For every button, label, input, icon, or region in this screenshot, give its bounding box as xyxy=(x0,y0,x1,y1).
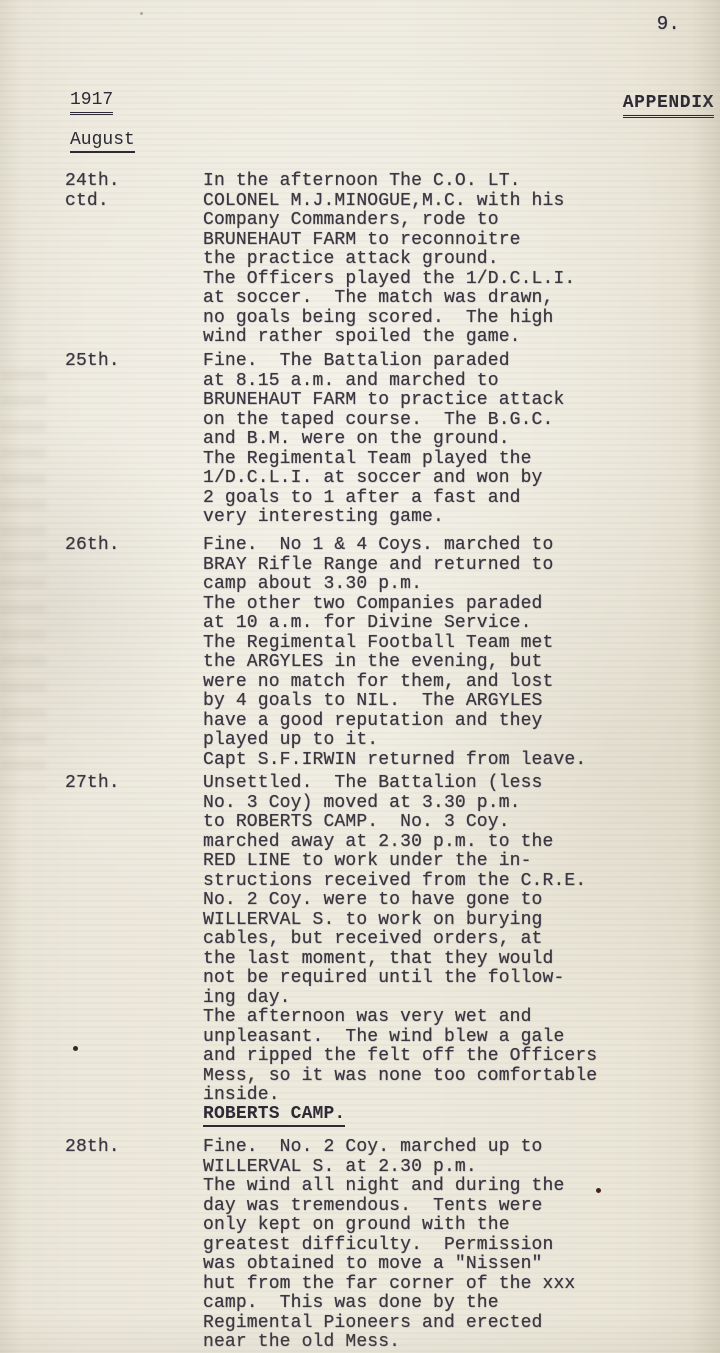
entry-body: Unsettled. The Battalion (less No. 3 Coy… xyxy=(203,774,706,1106)
diary-entry-26th: 26th. Fine. No 1 & 4 Coys. marched to BR… xyxy=(65,536,706,770)
entry-date: 27th. xyxy=(65,774,203,794)
page-number: 9. xyxy=(657,13,680,35)
entry-date: 28th. xyxy=(65,1138,203,1158)
month-heading: August xyxy=(70,130,135,153)
entry-body: Fine. No 1 & 4 Coys. marched to BRAY Rif… xyxy=(203,536,706,770)
diary-entry-27th: 27th. Unsettled. The Battalion (less No.… xyxy=(65,774,706,1106)
entry-date: 25th. xyxy=(65,352,203,372)
entry-body: Fine. The Battalion paraded at 8.15 a.m.… xyxy=(203,352,706,528)
entry-date: 24th. ctd. xyxy=(65,172,203,211)
diary-entry-25th: 25th. Fine. The Battalion paraded at 8.1… xyxy=(65,352,706,528)
ink-speck xyxy=(140,12,143,15)
diary-entry-24th: 24th. ctd. In the afternoon The C.O. LT.… xyxy=(65,172,706,348)
camp-heading: ROBERTS CAMP. xyxy=(203,1104,345,1127)
entry-date: 26th. xyxy=(65,536,203,556)
scanned-diary-page: 9. 1917 APPENDIX August 24th. ctd. In th… xyxy=(0,0,720,1353)
entry-body: Fine. No. 2 Coy. marched up to WILLERVAL… xyxy=(203,1138,706,1353)
appendix-label: APPENDIX xyxy=(623,93,714,118)
bleed-through-smudge xyxy=(0,370,46,790)
diary-entry-28th: 28th. Fine. No. 2 Coy. marched up to WIL… xyxy=(65,1138,706,1353)
year-heading: 1917 xyxy=(70,90,113,115)
entry-body: In the afternoon The C.O. LT. COLONEL M.… xyxy=(203,172,706,348)
